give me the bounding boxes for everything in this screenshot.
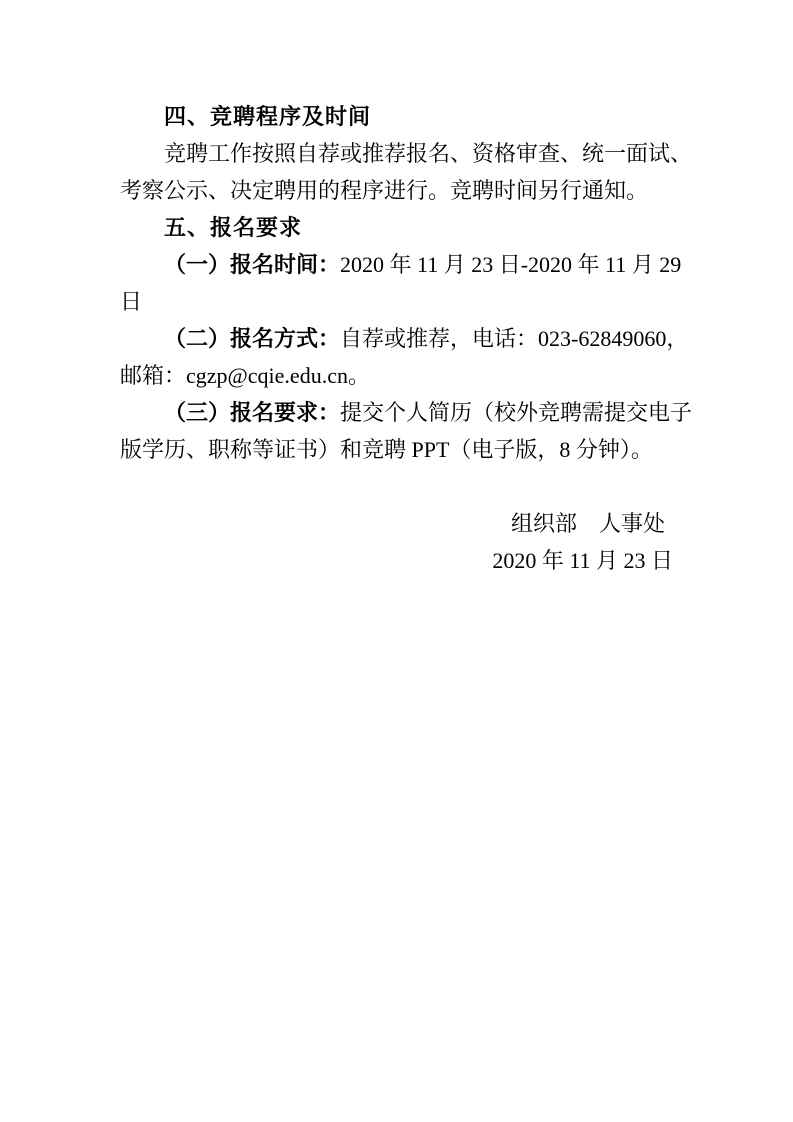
paragraph-line: （一）报名时间：2020 年 11 月 23 日-2020 年 11 月 29 [120, 246, 673, 283]
paragraph-line: （二）报名方式：自荐或推荐，电话：023-62849060， [120, 320, 673, 357]
paragraph-line: 版学历、职称等证书）和竞聘 PPT（电子版，8 分钟）。 [120, 431, 673, 468]
section-heading-5: 五、报名要求 [120, 209, 673, 246]
document-page: 四、竞聘程序及时间 竞聘工作按照自荐或推荐报名、资格审查、统一面试、 考察公示、… [0, 0, 793, 1122]
paragraph-line: 邮箱：cgzp@cqie.edu.cn。 [120, 357, 673, 394]
blank-line [120, 468, 673, 505]
item-1-text: 2020 年 11 月 23 日-2020 年 11 月 29 [340, 252, 681, 277]
item-1-label: （一）报名时间： [164, 252, 340, 277]
item-3-label: （三）报名要求： [164, 400, 340, 425]
paragraph-line: 日 [120, 283, 673, 320]
section-heading-4: 四、竞聘程序及时间 [120, 98, 673, 135]
signature-org: 组织部 人事处 [120, 505, 673, 542]
item-3-text: 提交个人简历（校外竞聘需提交电子 [340, 400, 692, 425]
signature-date: 2020 年 11 月 23 日 [120, 542, 673, 579]
paragraph-line: 考察公示、决定聘用的程序进行。竞聘时间另行通知。 [120, 172, 673, 209]
item-2-text: 自荐或推荐，电话：023-62849060， [340, 326, 688, 351]
paragraph-line: （三）报名要求：提交个人简历（校外竞聘需提交电子 [120, 394, 673, 431]
paragraph-line: 竞聘工作按照自荐或推荐报名、资格审查、统一面试、 [120, 135, 673, 172]
item-2-label: （二）报名方式： [164, 326, 340, 351]
